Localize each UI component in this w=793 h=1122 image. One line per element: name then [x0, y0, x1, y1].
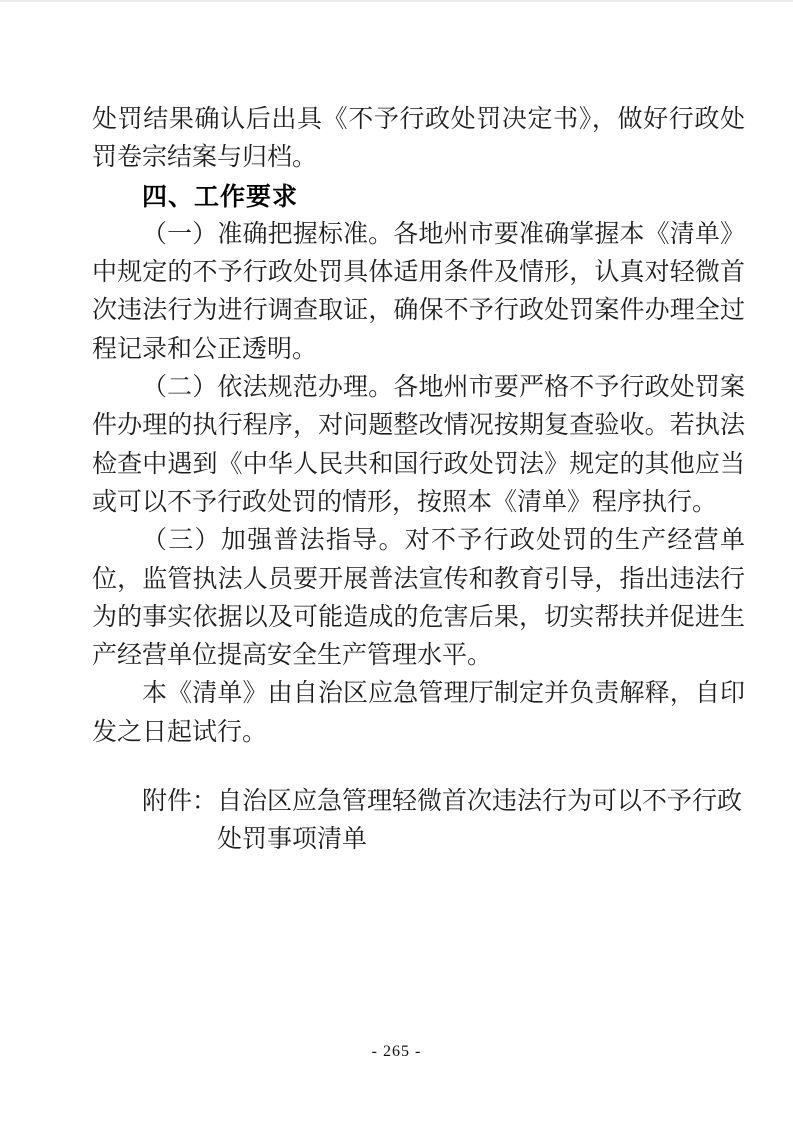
- attachment-text: 自治区应急管理轻微首次违法行为可以不予行政处罚事项清单: [217, 788, 742, 853]
- paragraph-lead-2: （二）依法规范办理。: [142, 374, 393, 401]
- paragraph-lead-3: （三）加强普法指导。: [142, 527, 405, 554]
- paragraph-continuation: 处罚结果确认后出具《不予行政处罚决定书》，做好行政处罚卷宗结案与归档。: [92, 101, 745, 178]
- page-number: - 265 -: [0, 1042, 793, 1061]
- attachment-label: 附件：: [142, 788, 217, 815]
- paragraph-lead-1: （一）准确把握标准。: [142, 221, 393, 248]
- document-body: 处罚结果确认后出具《不予行政处罚决定书》，做好行政处罚卷宗结案与归档。 四、工作…: [92, 101, 745, 860]
- section-heading: 四、工作要求: [92, 178, 745, 216]
- paragraph-item-2: （二）依法规范办理。各地州市要严格不予行政处罚案件办理的执行程序，对问题整改情况…: [92, 369, 745, 522]
- paragraph-closing: 本《清单》由自治区应急管理厅制定并负责解释，自印发之日起试行。: [92, 675, 745, 752]
- document-page: 处罚结果确认后出具《不予行政处罚决定书》，做好行政处罚卷宗结案与归档。 四、工作…: [0, 0, 793, 1122]
- paragraph-item-1: （一）准确把握标准。各地州市要准确掌握本《清单》中规定的不予行政处罚具体适用条件…: [92, 216, 745, 369]
- paragraph-item-3: （三）加强普法指导。对不予行政处罚的生产经营单位，监管执法人员要开展普法宣传和教…: [92, 522, 745, 675]
- attachment-note: 附件：自治区应急管理轻微首次违法行为可以不予行政处罚事项清单: [92, 783, 745, 860]
